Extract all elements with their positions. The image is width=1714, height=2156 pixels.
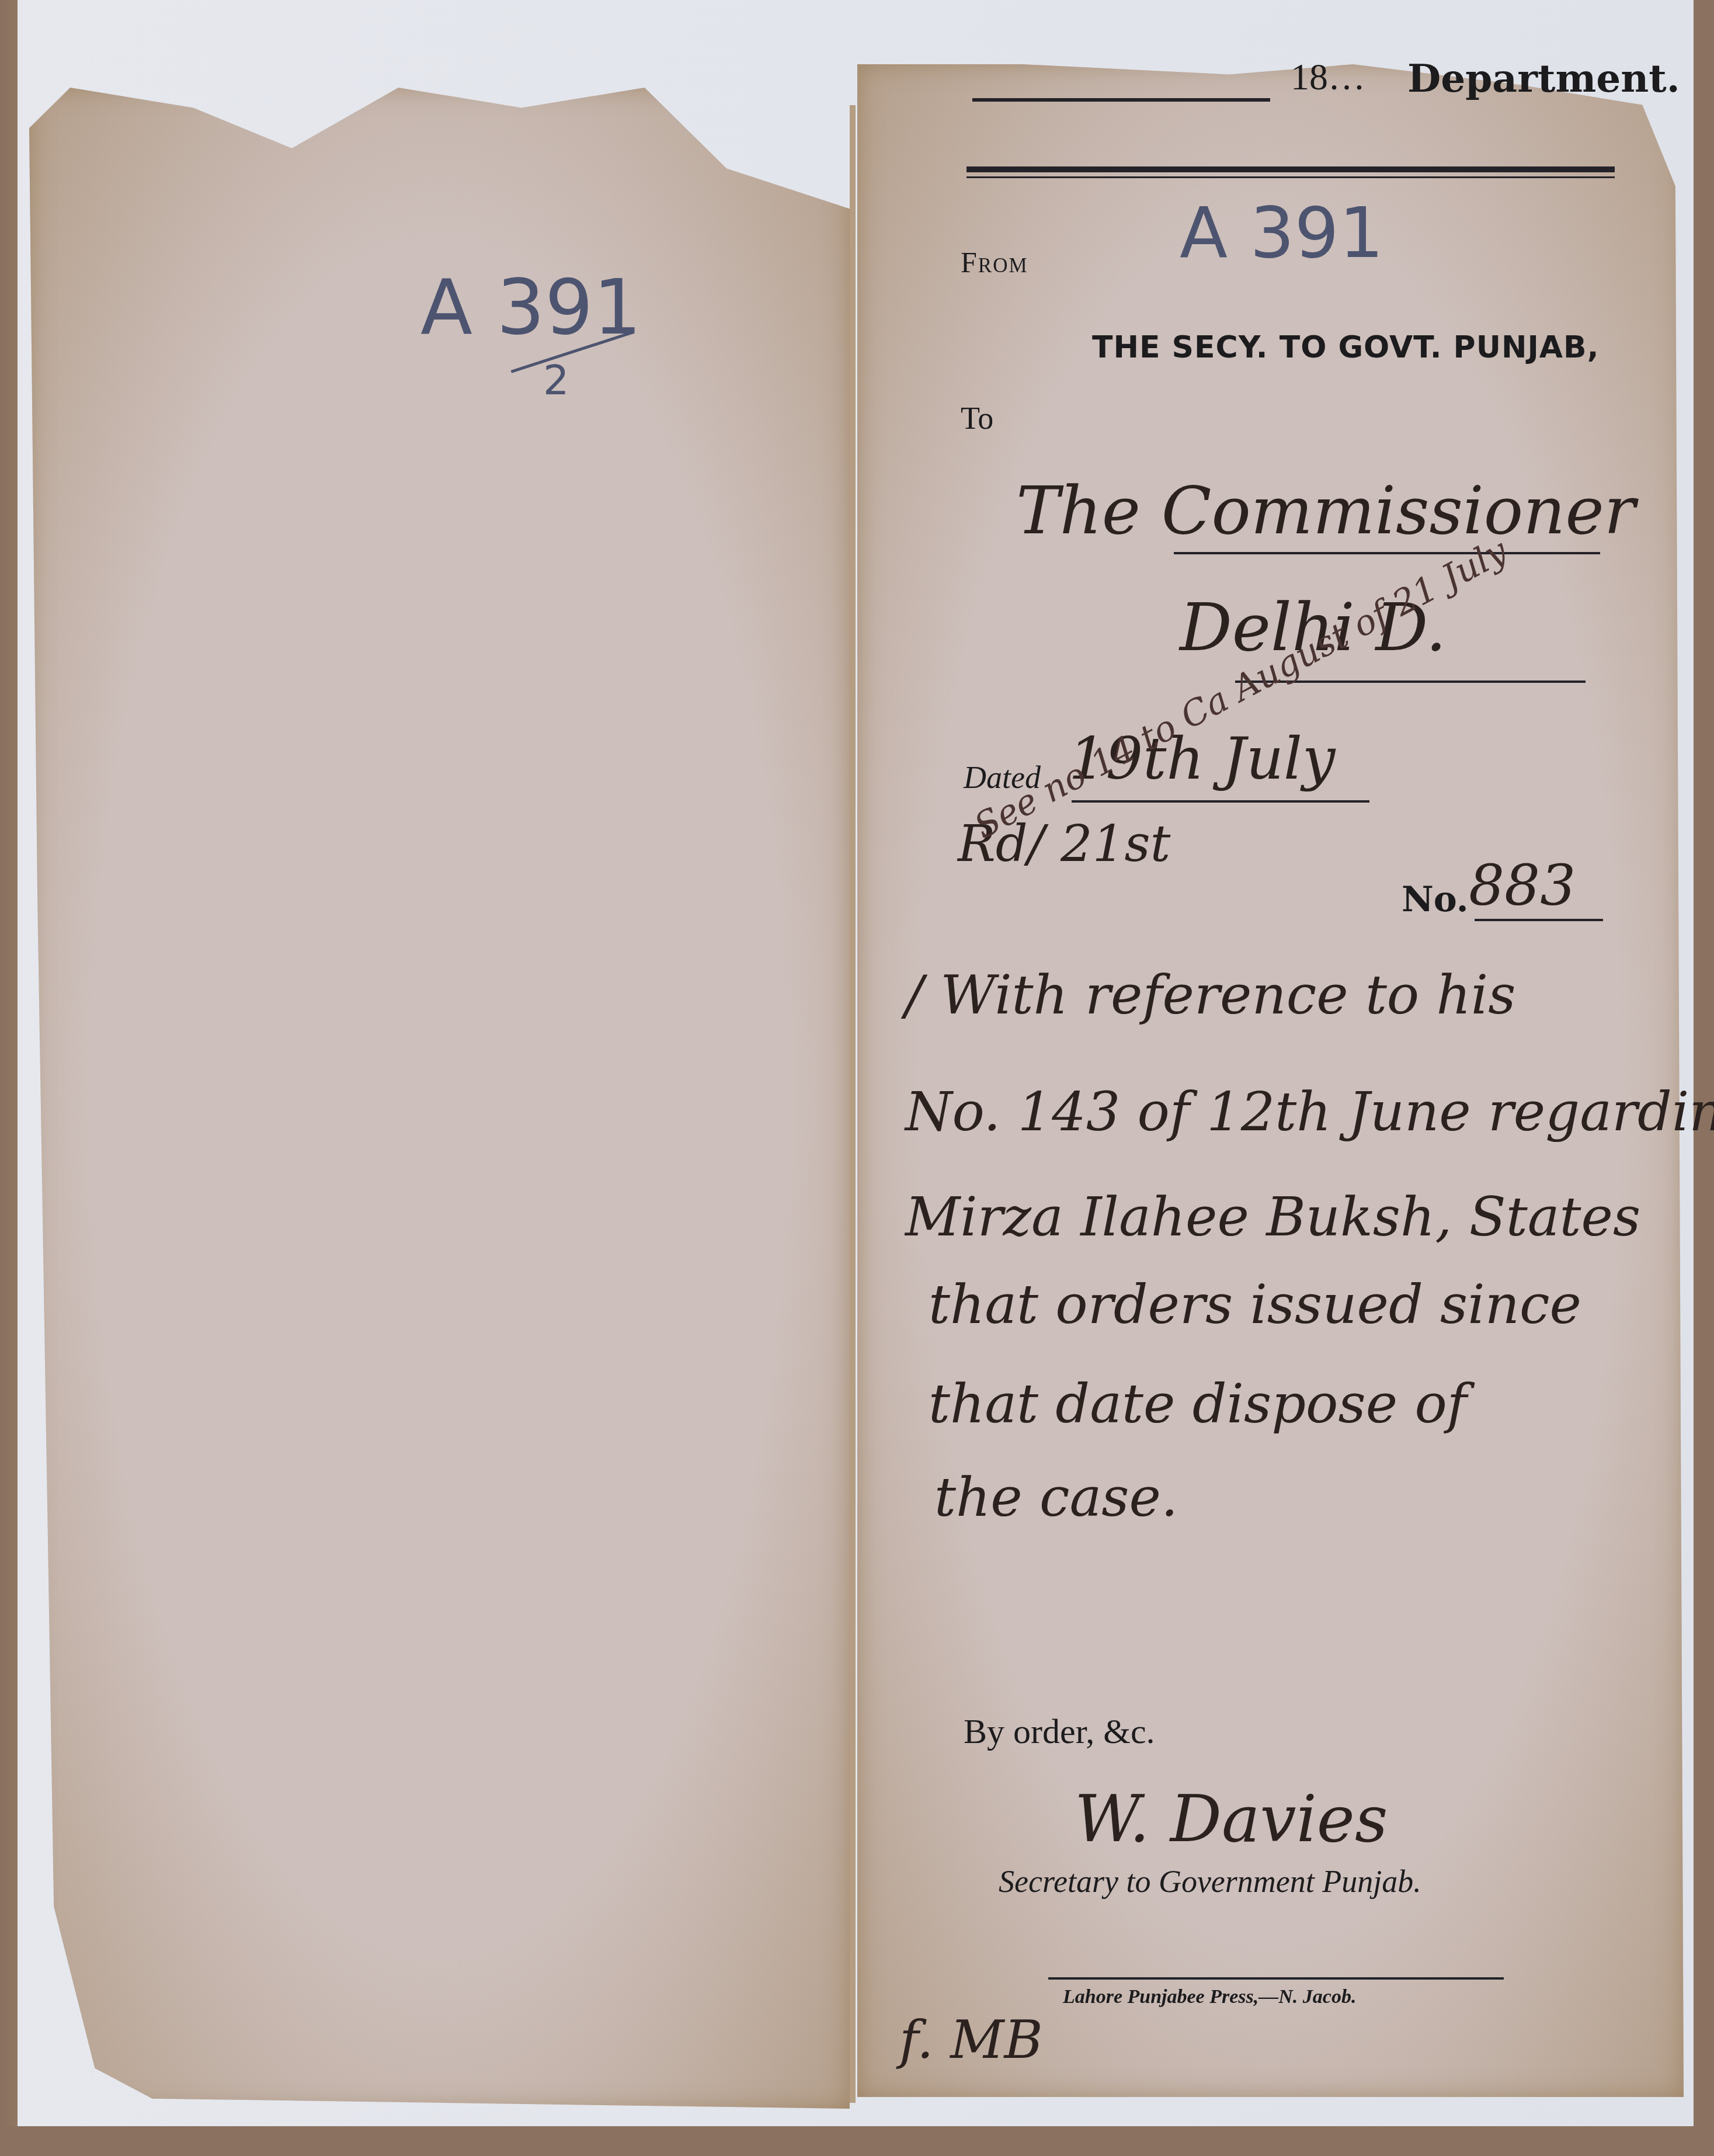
pencil-fraction-denominator: 2 bbox=[543, 356, 569, 404]
header-rule-thick bbox=[966, 166, 1615, 172]
header-year: 18… bbox=[1291, 55, 1365, 99]
from-label: From bbox=[961, 245, 1028, 279]
fold-line bbox=[850, 105, 856, 2103]
signatory-title: Secretary to Government Punjab. bbox=[999, 1863, 1421, 1900]
by-order-text: By order, &c. bbox=[964, 1711, 1155, 1752]
bottom-initials: f. MB bbox=[899, 2009, 1043, 2071]
body-line-2: No. 143 of 12th June regarding bbox=[905, 1081, 1714, 1143]
to-label: To bbox=[961, 400, 993, 436]
body-line-6: the case. bbox=[934, 1466, 1178, 1529]
left-leaf bbox=[29, 88, 850, 2109]
body-line-1: / With reference to his bbox=[905, 964, 1515, 1026]
number-value: 883 bbox=[1469, 853, 1576, 918]
header-department: Department. bbox=[1407, 55, 1680, 101]
header-rule-short bbox=[972, 98, 1270, 102]
number-underline bbox=[1475, 919, 1603, 921]
body-line-4: that orders issued since bbox=[929, 1273, 1581, 1336]
imprint-rule bbox=[1048, 1977, 1504, 1980]
body-line-5: that date dispose of bbox=[929, 1373, 1467, 1435]
number-label: No. bbox=[1402, 879, 1469, 920]
dated-underline bbox=[1072, 800, 1369, 803]
printer-imprint: Lahore Punjabee Press,—N. Jacob. bbox=[1063, 1986, 1356, 2008]
recipient-line-1: The Commissioner bbox=[1016, 473, 1635, 549]
recipient-underline-1 bbox=[1174, 552, 1600, 554]
sender-name: THE SECY. TO GOVT. PUNJAB, bbox=[1092, 330, 1599, 365]
body-line-3: Mirza Ilahee Buksh, States bbox=[905, 1186, 1640, 1248]
pencil-catalog-number-right: A 391 bbox=[1180, 193, 1383, 274]
backing-board bbox=[0, 2126, 1714, 2156]
header-rule-thin bbox=[966, 176, 1615, 178]
signature: W. Davies bbox=[1075, 1782, 1388, 1856]
